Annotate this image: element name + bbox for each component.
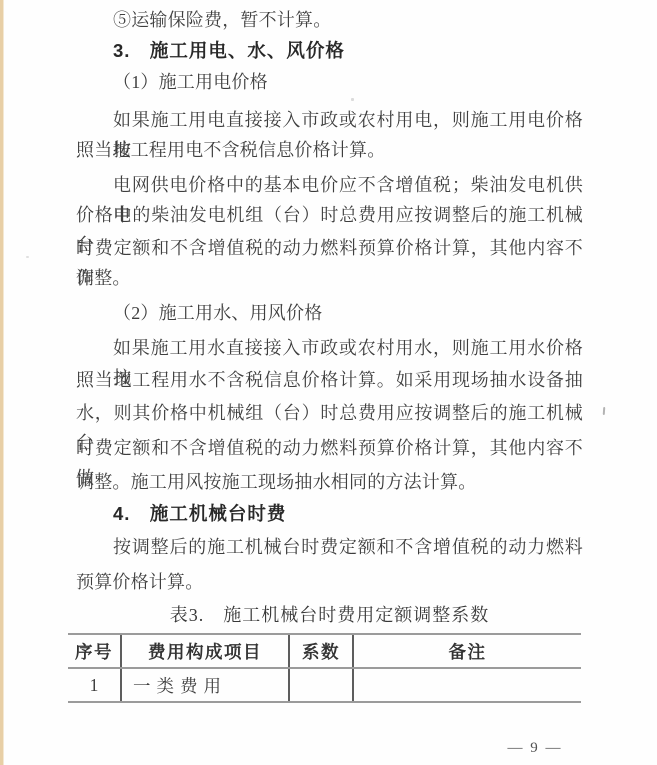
text-line: ⑤运输保险费，暂不计算。 [76, 5, 583, 35]
sub-heading: （2）施工用水、用风价格 [76, 298, 583, 328]
sub-heading: （1）施工用电价格 [76, 67, 583, 97]
text-line: 调整。施工用风按施工现场抽水相同的方法计算。 [76, 467, 583, 497]
table-header-cell: 序号 [68, 635, 120, 667]
scanned-document-page: ⑤运输保险费，暂不计算。 3. 施工用电、水、风价格 （1）施工用电价格 如果施… [0, 0, 657, 765]
table-cell: 一类费用 [120, 669, 288, 701]
table-caption: 表3. 施工机械台时费用定额调整系数 [76, 601, 583, 629]
table-header-row: 序号 费用构成项目 系数 备注 [68, 635, 581, 669]
text-line: 照当地工程用水不含税信息价格计算。如采用现场抽水设备抽 [76, 365, 583, 395]
text-line: 照当地工程用电不含税信息价格计算。 [76, 135, 583, 165]
text-line: 如果施工用水直接接入市政或农村用水，则施工用水价格按 [76, 333, 583, 363]
table-header-cell: 备注 [352, 635, 581, 667]
table-cell [288, 669, 352, 701]
text-line: 如果施工用电直接接入市政或农村用电，则施工用电价格按 [76, 105, 583, 135]
text-line: 时费定额和不含增值税的动力燃料预算价格计算，其他内容不作 [76, 233, 583, 263]
scan-speck [351, 98, 354, 101]
text-line: 调整。 [76, 263, 583, 293]
table-cell: 1 [68, 669, 120, 701]
scan-edge-strip [0, 0, 3, 765]
section-heading: 4. 施工机械台时费 [76, 499, 583, 529]
table-cell [352, 669, 581, 701]
table-header-cell: 系数 [288, 635, 352, 667]
page-number: — 9 — [495, 737, 575, 759]
text-line: 预算价格计算。 [76, 567, 583, 597]
section-heading: 3. 施工用电、水、风价格 [76, 36, 583, 66]
text-line: 水，则其价格中机械组（台）时总费用应按调整后的施工机械台 [76, 398, 583, 428]
scan-speck [603, 407, 606, 415]
text-line: 时费定额和不含增值税的动力燃料预算价格计算，其他内容不做 [76, 433, 583, 463]
text-line: 价格中的柴油发电机组（台）时总费用应按调整后的施工机械台 [76, 200, 583, 230]
table: 序号 费用构成项目 系数 备注 1 一类费用 [68, 633, 581, 703]
text-line: 按调整后的施工机械台时费定额和不含增值税的动力燃料 [76, 532, 583, 562]
scan-speck [26, 256, 29, 258]
table-header-cell: 费用构成项目 [120, 635, 288, 667]
table-row: 1 一类费用 [68, 669, 581, 703]
text-line: 电网供电价格中的基本电价应不含增值税；柴油发电机供电 [76, 170, 583, 200]
